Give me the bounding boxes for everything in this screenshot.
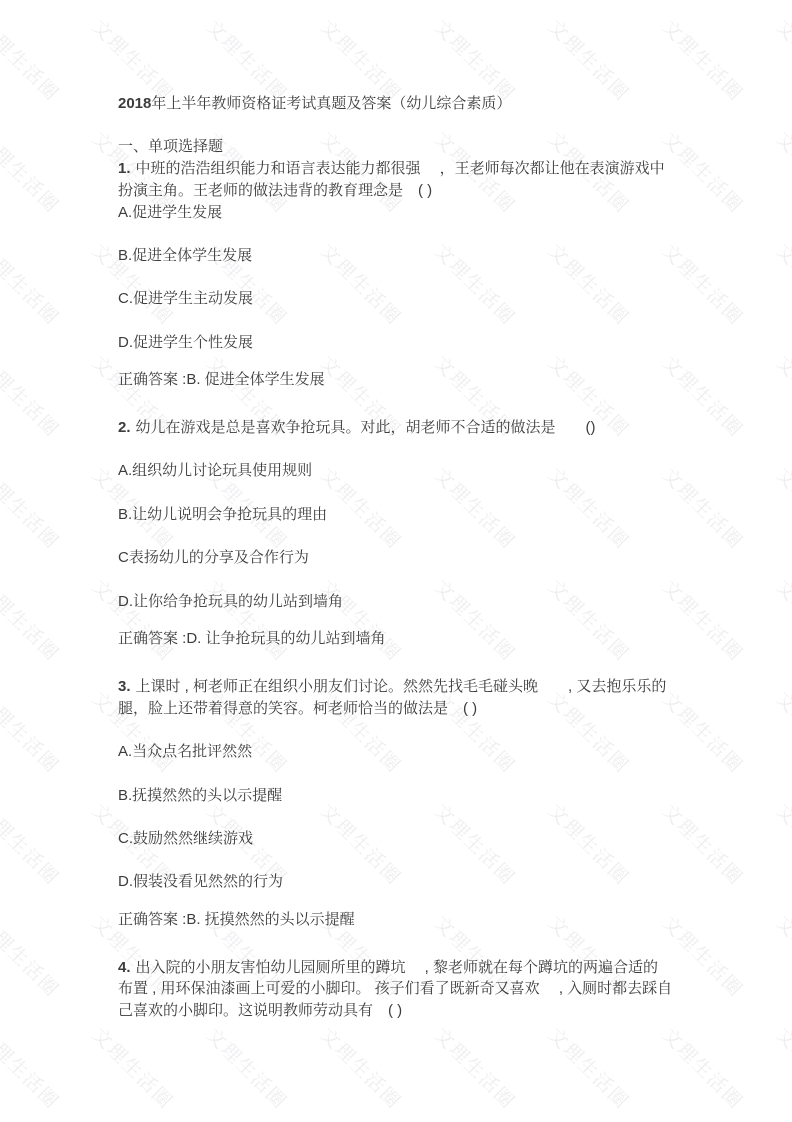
answer-line: 正确答案 :B. 促进全体学生发展 [118,369,738,391]
answer-line: 正确答案 :B. 抚摸然然的头以示提醒 [118,909,738,931]
watermark-text: 文理生活圈 [771,573,792,666]
stem-text: 上课时 , 柯老师正在组织小朋友们讨论。然然先找毛毛碰头晚 , 又去抱乐乐的 [136,678,667,695]
option-d: D.促进学生个性发展 [118,332,738,354]
option-c: C.促进学生主动发展 [118,288,738,310]
watermark-text: 文理生活圈 [771,13,792,106]
question-2: 2.幼儿在游戏是总是喜欢争抢玩具。对此，胡老师不合适的做法是 () A.组织幼儿… [118,417,738,650]
question-3: 3.上课时 , 柯老师正在组织小朋友们讨论。然然先找毛毛碰头晚 , 又去抱乐乐的… [118,676,738,931]
watermark-text: 文理生活圈 [0,125,66,218]
question-number: 4. [118,959,131,976]
question-stem: 4.出入院的小朋友害怕幼儿园厕所里的蹲坑 , 黎老师就在每个蹲坑的两遍合适的 [118,957,738,979]
watermark-text: 文理生活圈 [771,1021,792,1114]
page: 文理生活圈文理生活圈文理生活圈文理生活圈文理生活圈文理生活圈文理生活圈文理生活圈… [0,0,792,1122]
watermark-text: 文理生活圈 [0,237,66,330]
watermark-text: 文理生活圈 [0,349,66,442]
option-b: B.抚摸然然的头以示提醒 [118,785,738,807]
question-stem: 2.幼儿在游戏是总是喜欢争抢玩具。对此，胡老师不合适的做法是 () [118,417,738,439]
watermark-text: 文理生活圈 [771,685,792,778]
watermark-text: 文理生活圈 [87,1021,180,1114]
watermark-text: 文理生活圈 [0,1021,66,1114]
question-1: 1.中班的浩浩组织能力和语言表达能力都很强 ，王老师每次都让他在表演游戏中 扮演… [118,158,738,391]
watermark-text: 文理生活圈 [771,237,792,330]
watermark-text: 文理生活圈 [429,1021,522,1114]
stem-text: 幼儿在游戏是总是喜欢争抢玩具。对此，胡老师不合适的做法是 () [136,419,596,436]
watermark-text: 文理生活圈 [0,797,66,890]
doc-title-year: 2018 [118,95,151,112]
question-stem: 1.中班的浩浩组织能力和语言表达能力都很强 ，王老师每次都让他在表演游戏中 [118,158,738,180]
question-stem: 3.上课时 , 柯老师正在组织小朋友们讨论。然然先找毛毛碰头晚 , 又去抱乐乐的 [118,676,738,698]
stem-line: 布置 , 用环保油漆画上可爱的小脚印。 孩子们看了既新奇又喜欢 , 入厕时都去踩… [118,978,738,1000]
section-heading: 一、单项选择题 [118,136,738,158]
watermark-text: 文理生活圈 [543,1021,636,1114]
stem-line: 己喜欢的小脚印。这说明教师劳动具有 ( ) [118,1000,738,1022]
stem-line: 腿，脸上还带着得意的笑容。柯老师恰当的做法是 ( ) [118,698,738,720]
option-c: C表扬幼儿的分享及合作行为 [118,547,738,569]
watermark-text: 文理生活圈 [0,13,66,106]
option-d: D.让你给争抢玩具的幼儿站到墙角 [118,591,738,613]
watermark-text: 文理生活圈 [315,1021,408,1114]
watermark-text: 文理生活圈 [771,909,792,1002]
watermark-text: 文理生活圈 [0,461,66,554]
watermark-text: 文理生活圈 [771,797,792,890]
doc-title: 2018年上半年教师资格证考试真题及答案（幼儿综合素质） [118,93,738,115]
stem-line: 扮演主角。王老师的做法违背的教育理念是 ( ) [118,180,738,202]
stem-text: 出入院的小朋友害怕幼儿园厕所里的蹲坑 , 黎老师就在每个蹲坑的两遍合适的 [136,959,659,976]
answer-line: 正确答案 :D. 让争抢玩具的幼儿站到墙角 [118,628,738,650]
option-a: A.当众点名批评然然 [118,741,738,763]
document-content: 2018年上半年教师资格证考试真题及答案（幼儿综合素质） 一、单项选择题 1.中… [118,93,738,1022]
question-number: 1. [118,160,131,177]
option-d: D.假装没看见然然的行为 [118,871,738,893]
watermark-text: 文理生活圈 [0,685,66,778]
watermark-text: 文理生活圈 [771,349,792,442]
option-a: A.组织幼儿讨论玩具使用规则 [118,460,738,482]
watermark-text: 文理生活圈 [657,1021,750,1114]
watermark-text: 文理生活圈 [201,1021,294,1114]
watermark-text: 文理生活圈 [0,573,66,666]
question-number: 3. [118,678,131,695]
watermark-text: 文理生活圈 [771,125,792,218]
option-b: B.让幼儿说明会争抢玩具的理由 [118,504,738,526]
watermark-text: 文理生活圈 [771,461,792,554]
question-number: 2. [118,419,131,436]
doc-title-text: 年上半年教师资格证考试真题及答案（幼儿综合素质） [151,95,511,112]
watermark-text: 文理生活圈 [0,909,66,1002]
option-c: C.鼓励然然继续游戏 [118,828,738,850]
stem-text: 中班的浩浩组织能力和语言表达能力都很强 ，王老师每次都让他在表演游戏中 [136,160,665,177]
question-4: 4.出入院的小朋友害怕幼儿园厕所里的蹲坑 , 黎老师就在每个蹲坑的两遍合适的 布… [118,957,738,1022]
option-b: B.促进全体学生发展 [118,245,738,267]
option-a: A.促进学生发展 [118,202,738,224]
